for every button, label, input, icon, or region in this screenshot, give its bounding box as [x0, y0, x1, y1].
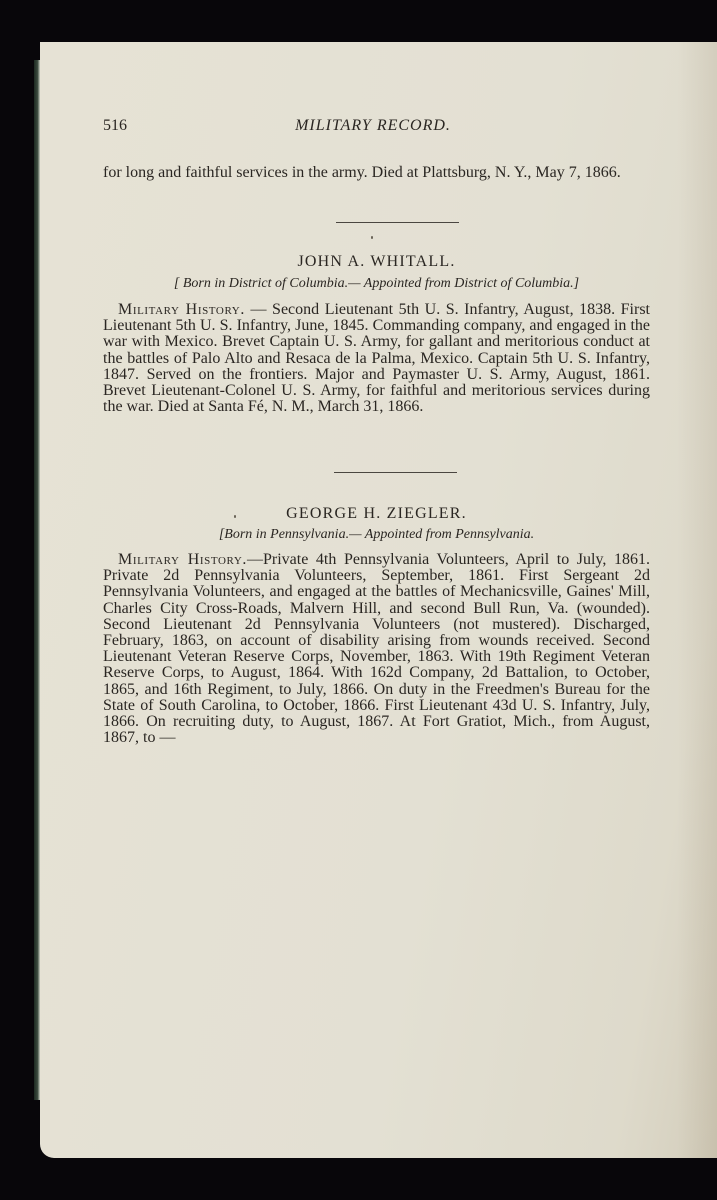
history-text: — Second Lieutenant 5th U. S. Infantry, …: [103, 301, 650, 415]
entry-birth-note: [Born in Pennsylvania.— Appointed from P…: [103, 527, 650, 543]
paper-speck: [371, 236, 373, 239]
running-title: MILITARY RECORD.: [103, 117, 643, 135]
continuation-paragraph: for long and faithful services in the ar…: [103, 165, 650, 181]
history-label: Military History.: [118, 551, 247, 568]
section-divider: [336, 222, 459, 223]
entry-name: GEORGE H. ZIEGLER.: [103, 505, 650, 523]
page-gutter-shadow: [677, 42, 717, 1158]
history-text: —Private 4th Pennsylvania Volunteers, Ap…: [103, 551, 650, 746]
entry-name: JOHN A. WHITALL.: [103, 253, 650, 271]
entry-military-history: Military History.—Private 4th Pennsylvan…: [103, 552, 650, 746]
paper-speck: [234, 515, 236, 518]
entry-military-history: Military History. — Second Lieutenant 5t…: [103, 302, 650, 415]
history-label: Military History.: [118, 301, 245, 318]
entry-birth-note: [ Born in District of Columbia.— Appoint…: [103, 276, 650, 292]
section-divider: [334, 472, 457, 473]
